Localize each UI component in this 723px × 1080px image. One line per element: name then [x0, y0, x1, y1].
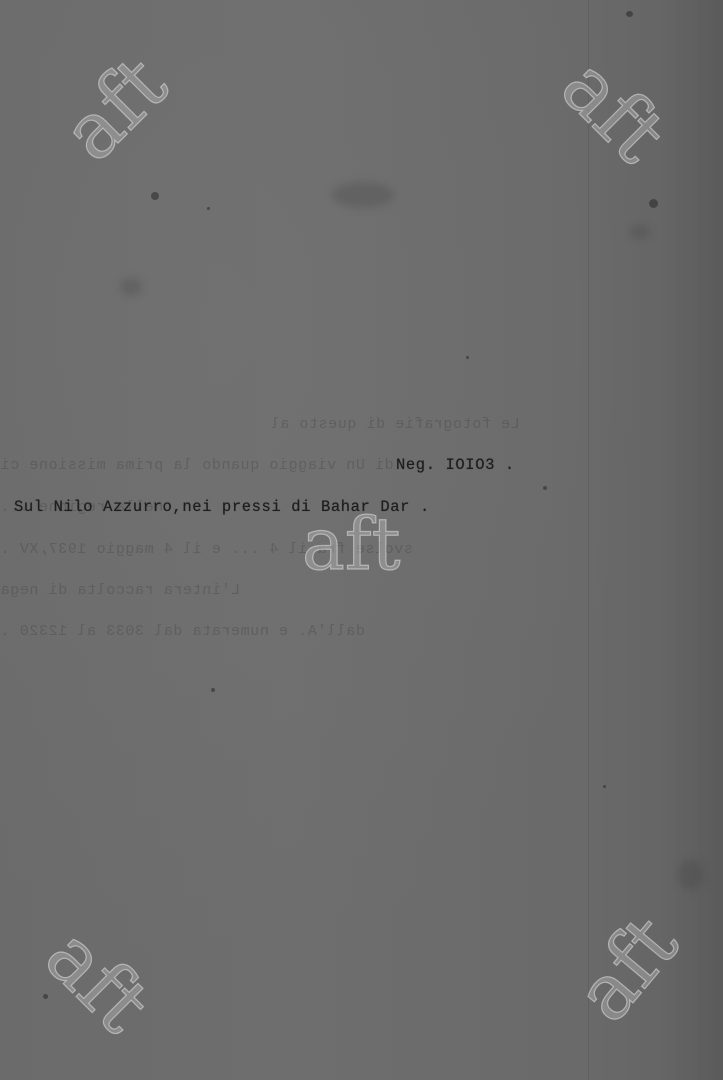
bleed-through-line: di Un viaggio quando la prima missione c…	[0, 457, 394, 474]
dust-speck	[543, 486, 547, 490]
bleed-through-line: dall'A. e numerata dal 3033 al 12320 .	[0, 623, 365, 640]
stain	[120, 278, 142, 296]
stain	[332, 182, 394, 208]
stain	[630, 225, 650, 239]
dust-speck	[151, 192, 159, 200]
dust-speck	[211, 688, 215, 692]
paper-edge-shadow	[663, 0, 723, 1080]
dust-speck	[466, 356, 469, 359]
bleed-through-line: Le fotografie di questo al	[270, 416, 520, 433]
dust-speck	[603, 785, 606, 788]
negative-number: Neg. IOIO3 .	[396, 456, 515, 474]
scanned-document-page: Le fotografie di questo al di Un viaggio…	[0, 0, 723, 1080]
watermark-logo: aft	[50, 44, 181, 175]
dust-speck	[649, 199, 658, 208]
paper-fold-line	[588, 0, 589, 1080]
dust-speck	[207, 207, 210, 210]
watermark-logo: aft	[32, 916, 163, 1047]
dust-speck	[626, 11, 633, 17]
watermark-logo: aft	[548, 46, 679, 177]
stain	[678, 860, 704, 890]
bleed-through-line: L'intera raccolta di nega	[0, 582, 240, 599]
watermark-logo: aft	[302, 508, 401, 580]
